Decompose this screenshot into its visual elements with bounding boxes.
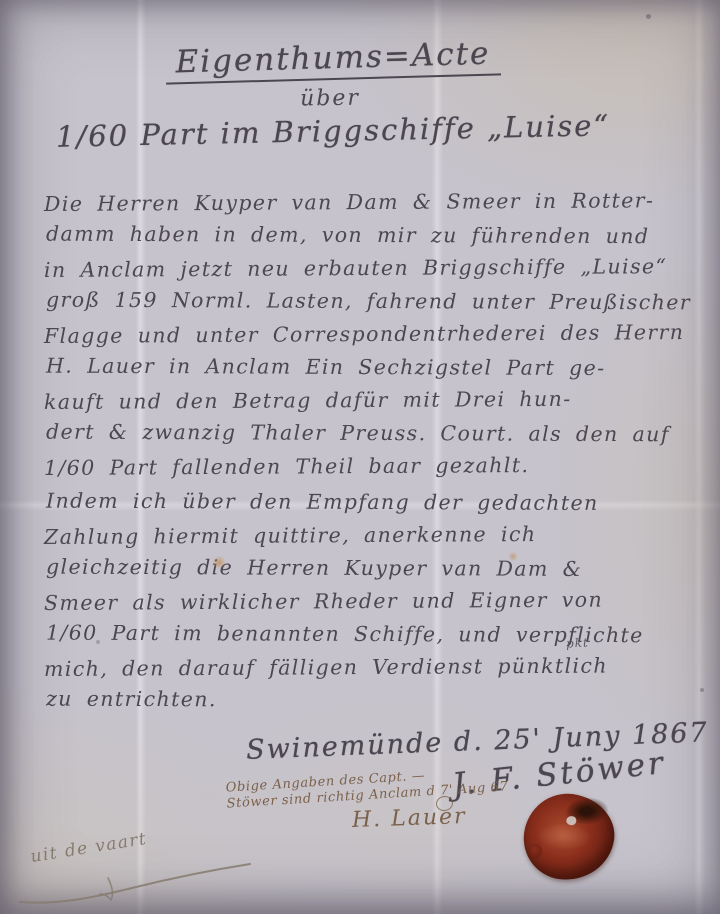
document-subtitle: über	[300, 85, 360, 111]
superscript-insertion: pkt	[566, 635, 589, 650]
manuscript-line: Indem ich über den Empfang der gedachten	[46, 485, 701, 521]
seal-impression	[538, 822, 591, 850]
paper-stain	[212, 556, 226, 569]
manuscript-line: Die Herren Kuyper van Dam & Smeer in Rot…	[44, 184, 699, 221]
manuscript-line: Smeer als wirklicher Rheder und Eigner v…	[44, 583, 699, 620]
manuscript-body: Die Herren Kuyper van Dam & Smeer in Rot…	[44, 186, 699, 717]
document-page: Eigenthums=Acte über 1/60 Part im Briggs…	[0, 0, 720, 914]
paper-speck	[96, 640, 100, 644]
manuscript-line: Flagge und unter Correspondentrhederei d…	[44, 316, 699, 353]
paper-speck	[700, 688, 704, 692]
manuscript-line: dert & zwanzig Thaler Preuss. Court. als…	[46, 416, 701, 452]
red-wax-seal-icon	[518, 788, 619, 886]
manuscript-line: groß 159 Norml. Lasten, fahrend unter Pr…	[46, 284, 701, 320]
manuscript-line: H. Lauer in Anclam Ein Sechzigstel Part …	[46, 350, 701, 386]
document-subject: 1/60 Part im Briggschiffe „Luise“	[56, 108, 611, 154]
manuscript-line: mich, den darauf fälligen Verdienst pünk…	[44, 649, 699, 686]
manuscript-line: zu entrichten.	[46, 683, 701, 719]
manuscript-line: kauft und den Betrag dafür mit Drei hun-	[44, 382, 699, 419]
pencil-flourish-line	[12, 852, 262, 910]
manuscript-line: 1/60 Part fallenden Theil baar gezahlt.	[44, 448, 699, 485]
manuscript-line: in Anclam jetzt neu erbauten Briggschiff…	[44, 250, 699, 287]
owner-signature: H. Lauer	[352, 804, 467, 833]
manuscript-line: 1/60 Part im benannten Schiffe, und verp…	[46, 617, 701, 653]
paper-stain	[508, 552, 518, 561]
paper-speck	[646, 14, 651, 19]
manuscript-line: damm haben in dem, von mir zu führenden …	[46, 218, 701, 254]
document-title: Eigenthums=Acte	[165, 35, 501, 84]
manuscript-line: Zahlung hiermit quittire, anerkenne ich	[44, 517, 699, 554]
manuscript-line: gleichzeitig die Herren Kuyper van Dam &	[46, 551, 701, 587]
